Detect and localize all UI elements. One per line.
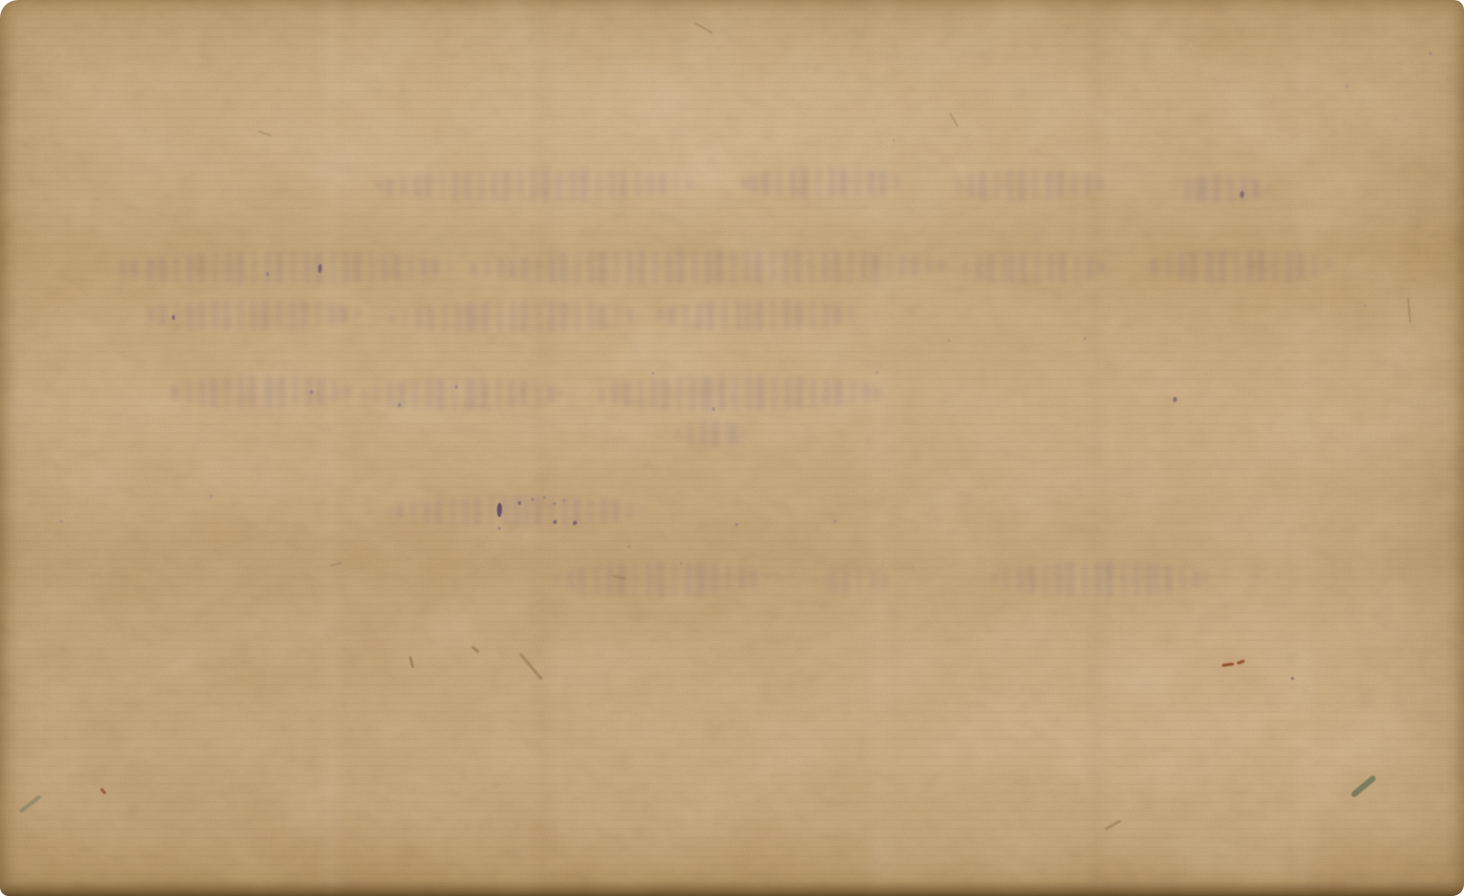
paper-streaks [0, 0, 1464, 896]
paper-bottom-edge-shadow [0, 882, 1464, 896]
paper-sheet [0, 0, 1464, 896]
scan-canvas [0, 0, 1464, 896]
